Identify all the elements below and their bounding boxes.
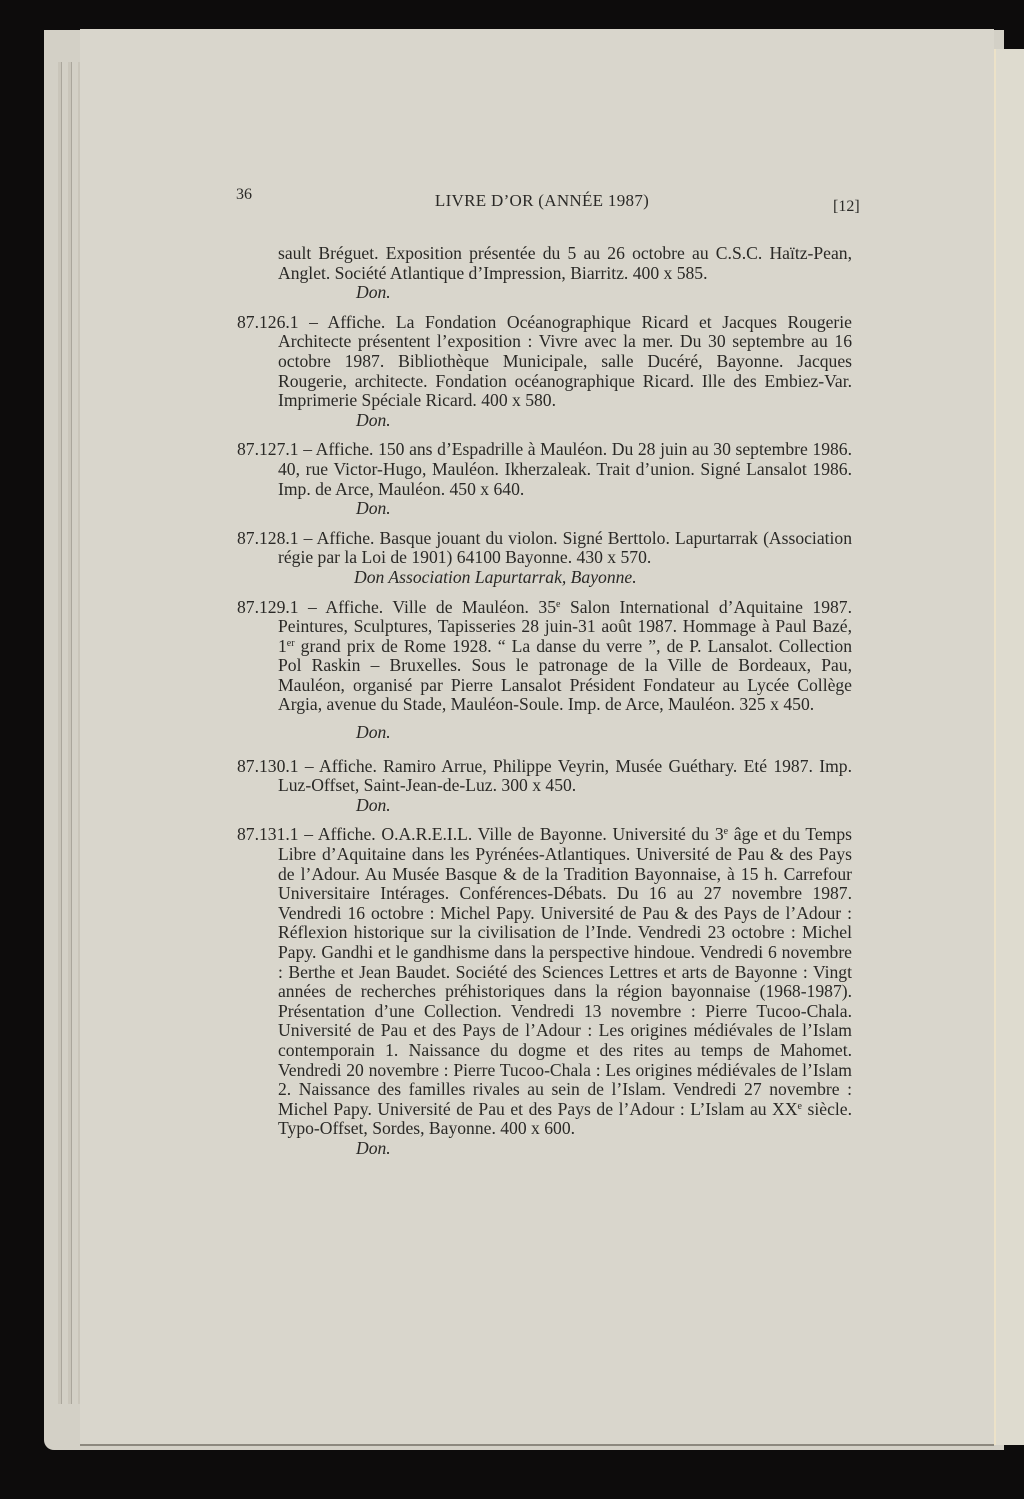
section-number: [12] xyxy=(833,198,860,216)
catalogue-entry: 87.128.1 – Affiche. Basque jouant du vio… xyxy=(237,529,852,588)
facing-page-edge xyxy=(994,49,1024,1445)
entry-text: 87.128.1 – Affiche. Basque jouant du vio… xyxy=(237,529,852,568)
entry-text: 87.130.1 – Affiche. Ramiro Arrue, Philip… xyxy=(237,757,852,796)
page-edge xyxy=(68,62,72,1404)
entry-provenance: Don. xyxy=(237,283,852,303)
catalogue-entry: 87.129.1 – Affiche. Ville de Mauléon. 35… xyxy=(237,598,852,743)
entry-provenance: Don. xyxy=(237,796,852,816)
entry-provenance: Don. xyxy=(237,499,852,519)
entry-provenance: Don Association Lapurtarrak, Bayonne. xyxy=(237,568,852,588)
running-title: LIVRE D’OR (ANNÉE 1987) xyxy=(0,191,1024,211)
catalogue-entries: sault Bréguet. Exposition présentée du 5… xyxy=(237,244,852,1169)
entry-text-part: 87.129.1 – Affiche. Ville de Mauléon. 35 xyxy=(237,597,556,617)
entry-provenance: Don. xyxy=(237,1139,852,1159)
page-edge xyxy=(58,62,62,1404)
entry-text-part: âge et du Temps Libre d’Aquitaine dans l… xyxy=(278,824,852,1118)
entry-text: 87.126.1 – Affiche. La Fondation Océanog… xyxy=(237,313,852,411)
superscript: er xyxy=(287,638,295,649)
entry-text-part: 87.131.1 – Affiche. O.A.R.E.I.L. Ville d… xyxy=(237,824,724,844)
entry-provenance: Don. xyxy=(237,723,852,743)
entry-text: 87.131.1 – Affiche. O.A.R.E.I.L. Ville d… xyxy=(237,825,852,1139)
entry-text: 87.129.1 – Affiche. Ville de Mauléon. 35… xyxy=(237,598,852,716)
catalogue-entry: 87.131.1 – Affiche. O.A.R.E.I.L. Ville d… xyxy=(237,825,852,1158)
running-header: 36 LIVRE D’OR (ANNÉE 1987) [12] xyxy=(0,186,1024,210)
catalogue-entry: 87.126.1 – Affiche. La Fondation Océanog… xyxy=(237,313,852,431)
entry-text-part: grand prix de Rome 1928. “ La danse du v… xyxy=(278,636,852,715)
catalogue-entry: 87.127.1 – Affiche. 150 ans d’Espadrille… xyxy=(237,440,852,518)
entry-text: 87.127.1 – Affiche. 150 ans d’Espadrille… xyxy=(237,440,852,499)
catalogue-entry-continued: sault Bréguet. Exposition présentée du 5… xyxy=(237,244,852,303)
entry-provenance: Don. xyxy=(237,411,852,431)
catalogue-entry: 87.130.1 – Affiche. Ramiro Arrue, Philip… xyxy=(237,757,852,816)
entry-text: sault Bréguet. Exposition présentée du 5… xyxy=(237,244,852,283)
